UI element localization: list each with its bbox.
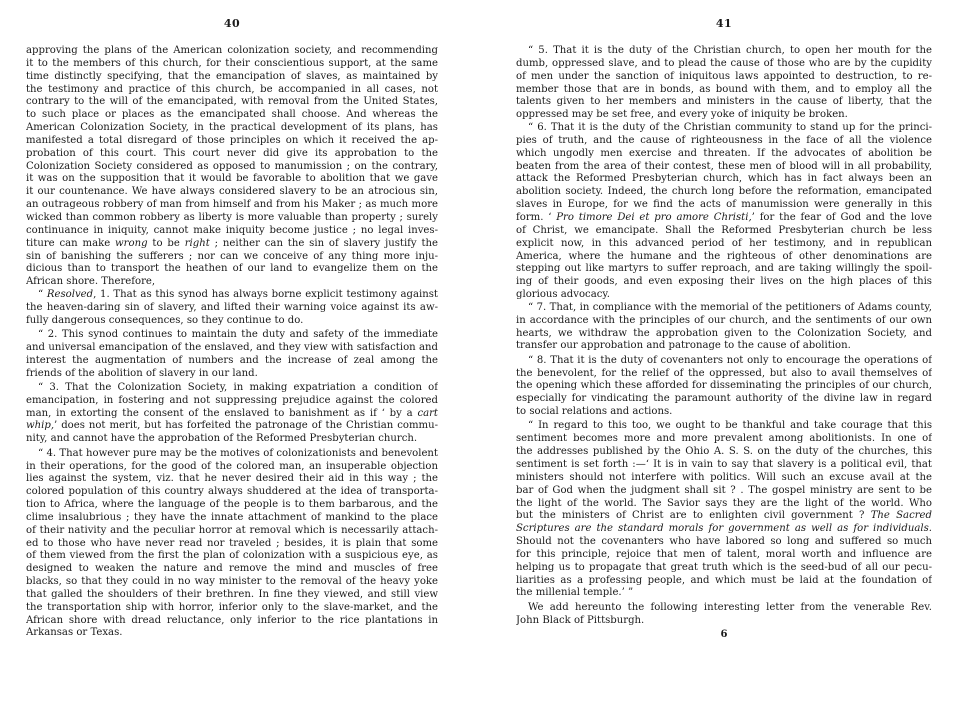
text-line: Should not the covenanters who have labo…: [516, 536, 932, 549]
text-line: wicked than common robbery as liberty is…: [26, 212, 438, 225]
text-line: for this principle, rejoice that men of …: [516, 549, 932, 562]
text-line: blacks, so that they could in no way min…: [26, 576, 438, 589]
text-line: sentiment becomes more and more prevalen…: [516, 433, 932, 446]
text-line: the heaven-daring sin of slavery, and li…: [26, 302, 438, 315]
text-line: explicit now, in this advanced period of…: [516, 238, 932, 251]
text-line: especially for vindicating the paramount…: [516, 393, 932, 406]
page-number: 41: [516, 17, 932, 30]
text-line: and universal emancipation of the enslav…: [26, 342, 438, 355]
text-line: it our countenance. We have always consi…: [26, 186, 438, 199]
text-line: We add hereunto the following interestin…: [516, 602, 932, 615]
text-line: American Colonization Society, in the pr…: [26, 122, 438, 135]
text-line: African shore. Therefore,: [26, 276, 438, 289]
page-body-text: “ 5. That it is the duty of the Christia…: [516, 45, 932, 627]
text-line: ing of their goods, and even exposing th…: [516, 276, 932, 289]
text-line: talents given to her members and ministe…: [516, 96, 932, 109]
text-line: John Black of Pittsburgh.: [516, 615, 932, 628]
text-line: of their nativity and the peculiar horro…: [26, 525, 438, 538]
text-line: lies against the system, viz. that he ne…: [26, 473, 438, 486]
text-line: nity, and cannot have the approbation of…: [26, 433, 438, 446]
text-line: interest the augmentation of numbers and…: [26, 355, 438, 368]
text-line: “ In regard to this too, we ought to be …: [516, 420, 932, 433]
text-line: ed to those who have never read nor trav…: [26, 538, 438, 551]
text-line: “ Resolved, 1. That as this synod has al…: [26, 289, 438, 302]
text-line: of Christ, we emancipate. Shall the Refo…: [516, 225, 932, 238]
text-line: the benevolent, for the relief of the op…: [516, 368, 932, 381]
text-line: “ 6. That it is the duty of the Christia…: [516, 122, 932, 135]
text-line: “ 5. That it is the duty of the Christia…: [516, 45, 932, 58]
text-line: approving the plans of the American colo…: [26, 45, 438, 58]
text-line: abolition society. Indeed, the church lo…: [516, 186, 932, 199]
text-line: of them viewed from the first the plan o…: [26, 550, 438, 563]
text-line: colored population of this country alway…: [26, 486, 438, 499]
text-line: helping us to propagate that great truth…: [516, 562, 932, 575]
text-line: African shore with dread reluctance, onl…: [26, 615, 438, 628]
text-line: clime insalubrious ; they have the innat…: [26, 512, 438, 525]
text-line: beaten from the area of their contest, t…: [516, 161, 932, 174]
text-line: the opening which these afforded for dis…: [516, 380, 932, 393]
text-line: it to the members of this church, for th…: [26, 58, 438, 71]
text-line: it was on the supposition that it would …: [26, 173, 438, 186]
text-line: the light of the world. The Savior says …: [516, 498, 932, 511]
text-line: glorious advocacy.: [516, 289, 932, 302]
text-line: bar of God when the judgment shall sit ?…: [516, 485, 932, 498]
right-page: 41 “ 5. That it is the duty of the Chris…: [516, 0, 932, 728]
text-line: to such place or places as the emancipat…: [26, 109, 438, 122]
text-line: ministers should not interfere with poli…: [516, 472, 932, 485]
text-line: to social relations and actions.: [516, 406, 932, 419]
left-page: 40 approving the plans of the American c…: [26, 0, 438, 728]
text-line: sentiment is set forth :—‘ It is in vain…: [516, 459, 932, 472]
text-line: dumb, oppressed slave, and to plead the …: [516, 58, 932, 71]
text-line: emancipation, in fostering and not suppr…: [26, 395, 438, 408]
text-line: the transportation ship with horror, inf…: [26, 602, 438, 615]
text-line: in their operations, for the good of the…: [26, 461, 438, 474]
text-line: continuance in iniquity, cannot make ini…: [26, 225, 438, 238]
text-line: sin of banishing the sufferers ; nor can…: [26, 251, 438, 264]
text-line: liarities as a professing people, and wh…: [516, 575, 932, 588]
text-line: titure can make wrong to be right ; neit…: [26, 238, 438, 251]
text-line: contrary to the will of the emancipated,…: [26, 96, 438, 109]
text-line: whip,’ does not merit, but has forfeited…: [26, 420, 438, 433]
text-line: “ 8. That it is the duty of covenanters …: [516, 355, 932, 368]
text-line: hearts, we withdraw the approbation give…: [516, 328, 932, 341]
text-line: pies of truth, and the cause of righteou…: [516, 135, 932, 148]
text-line: which ungodly men exercise and threaten.…: [516, 148, 932, 161]
text-line: dicious than to transport the heathen of…: [26, 263, 438, 276]
text-line: “ 3. That the Colonization Society, in m…: [26, 382, 438, 395]
text-line: slaves in Europe, for we find the acts o…: [516, 199, 932, 212]
text-line: attack the Reformed Presbyterian church,…: [516, 173, 932, 186]
text-line: member those that are in bonds, as bound…: [516, 84, 932, 97]
text-line: “ 2. This synod continues to maintain th…: [26, 329, 438, 342]
text-line: but the ministers of Christ are to enlig…: [516, 510, 932, 523]
text-line: man, in extorting the consent of the ens…: [26, 408, 438, 421]
text-line: stepping out like martyrs to suffer repr…: [516, 263, 932, 276]
text-line: an outrageous robbery of man from himsel…: [26, 199, 438, 212]
text-line: America, where the humane and the righte…: [516, 251, 932, 264]
text-line: “ 4. That however pure may be the motive…: [26, 448, 438, 461]
page-number: 40: [26, 17, 438, 30]
text-line: Scriptures are the standard morals for g…: [516, 523, 932, 536]
text-line: “ 7. That, in compliance with the memori…: [516, 302, 932, 315]
text-line: the millenial temple.’ ”: [516, 587, 932, 600]
text-line: friends of the abolition of slavery in o…: [26, 368, 438, 381]
text-line: tion to Africa, where the language of th…: [26, 499, 438, 512]
text-line: designed to weaken the nature and remove…: [26, 563, 438, 576]
text-line: form. ‘ Pro timore Dei et pro amore Chri…: [516, 212, 932, 225]
text-line: the testimony and practice of this churc…: [26, 84, 438, 97]
page-body-text: approving the plans of the American colo…: [26, 45, 438, 640]
text-line: the addresses published by the Ohio A. S…: [516, 446, 932, 459]
text-line: manifested a total disregard of those pr…: [26, 135, 438, 148]
signature-mark: 6: [516, 629, 932, 640]
text-line: time distinctly specifying, that the ema…: [26, 71, 438, 84]
text-line: probation of this court. This court neve…: [26, 148, 438, 161]
text-line: oppressed may be set free, and every yok…: [516, 109, 932, 122]
text-line: fully dangerous consequences, so they co…: [26, 315, 438, 328]
text-line: Colonization Society considered as oppos…: [26, 161, 438, 174]
text-line: Arkansas or Texas.: [26, 627, 438, 640]
text-line: of men under the sanction of iniquitous …: [516, 71, 932, 84]
text-line: that galled the shoulders of their breth…: [26, 589, 438, 602]
text-line: in accordance with the principles of our…: [516, 315, 932, 328]
text-line: transfer our approbation and patronage t…: [516, 340, 932, 353]
